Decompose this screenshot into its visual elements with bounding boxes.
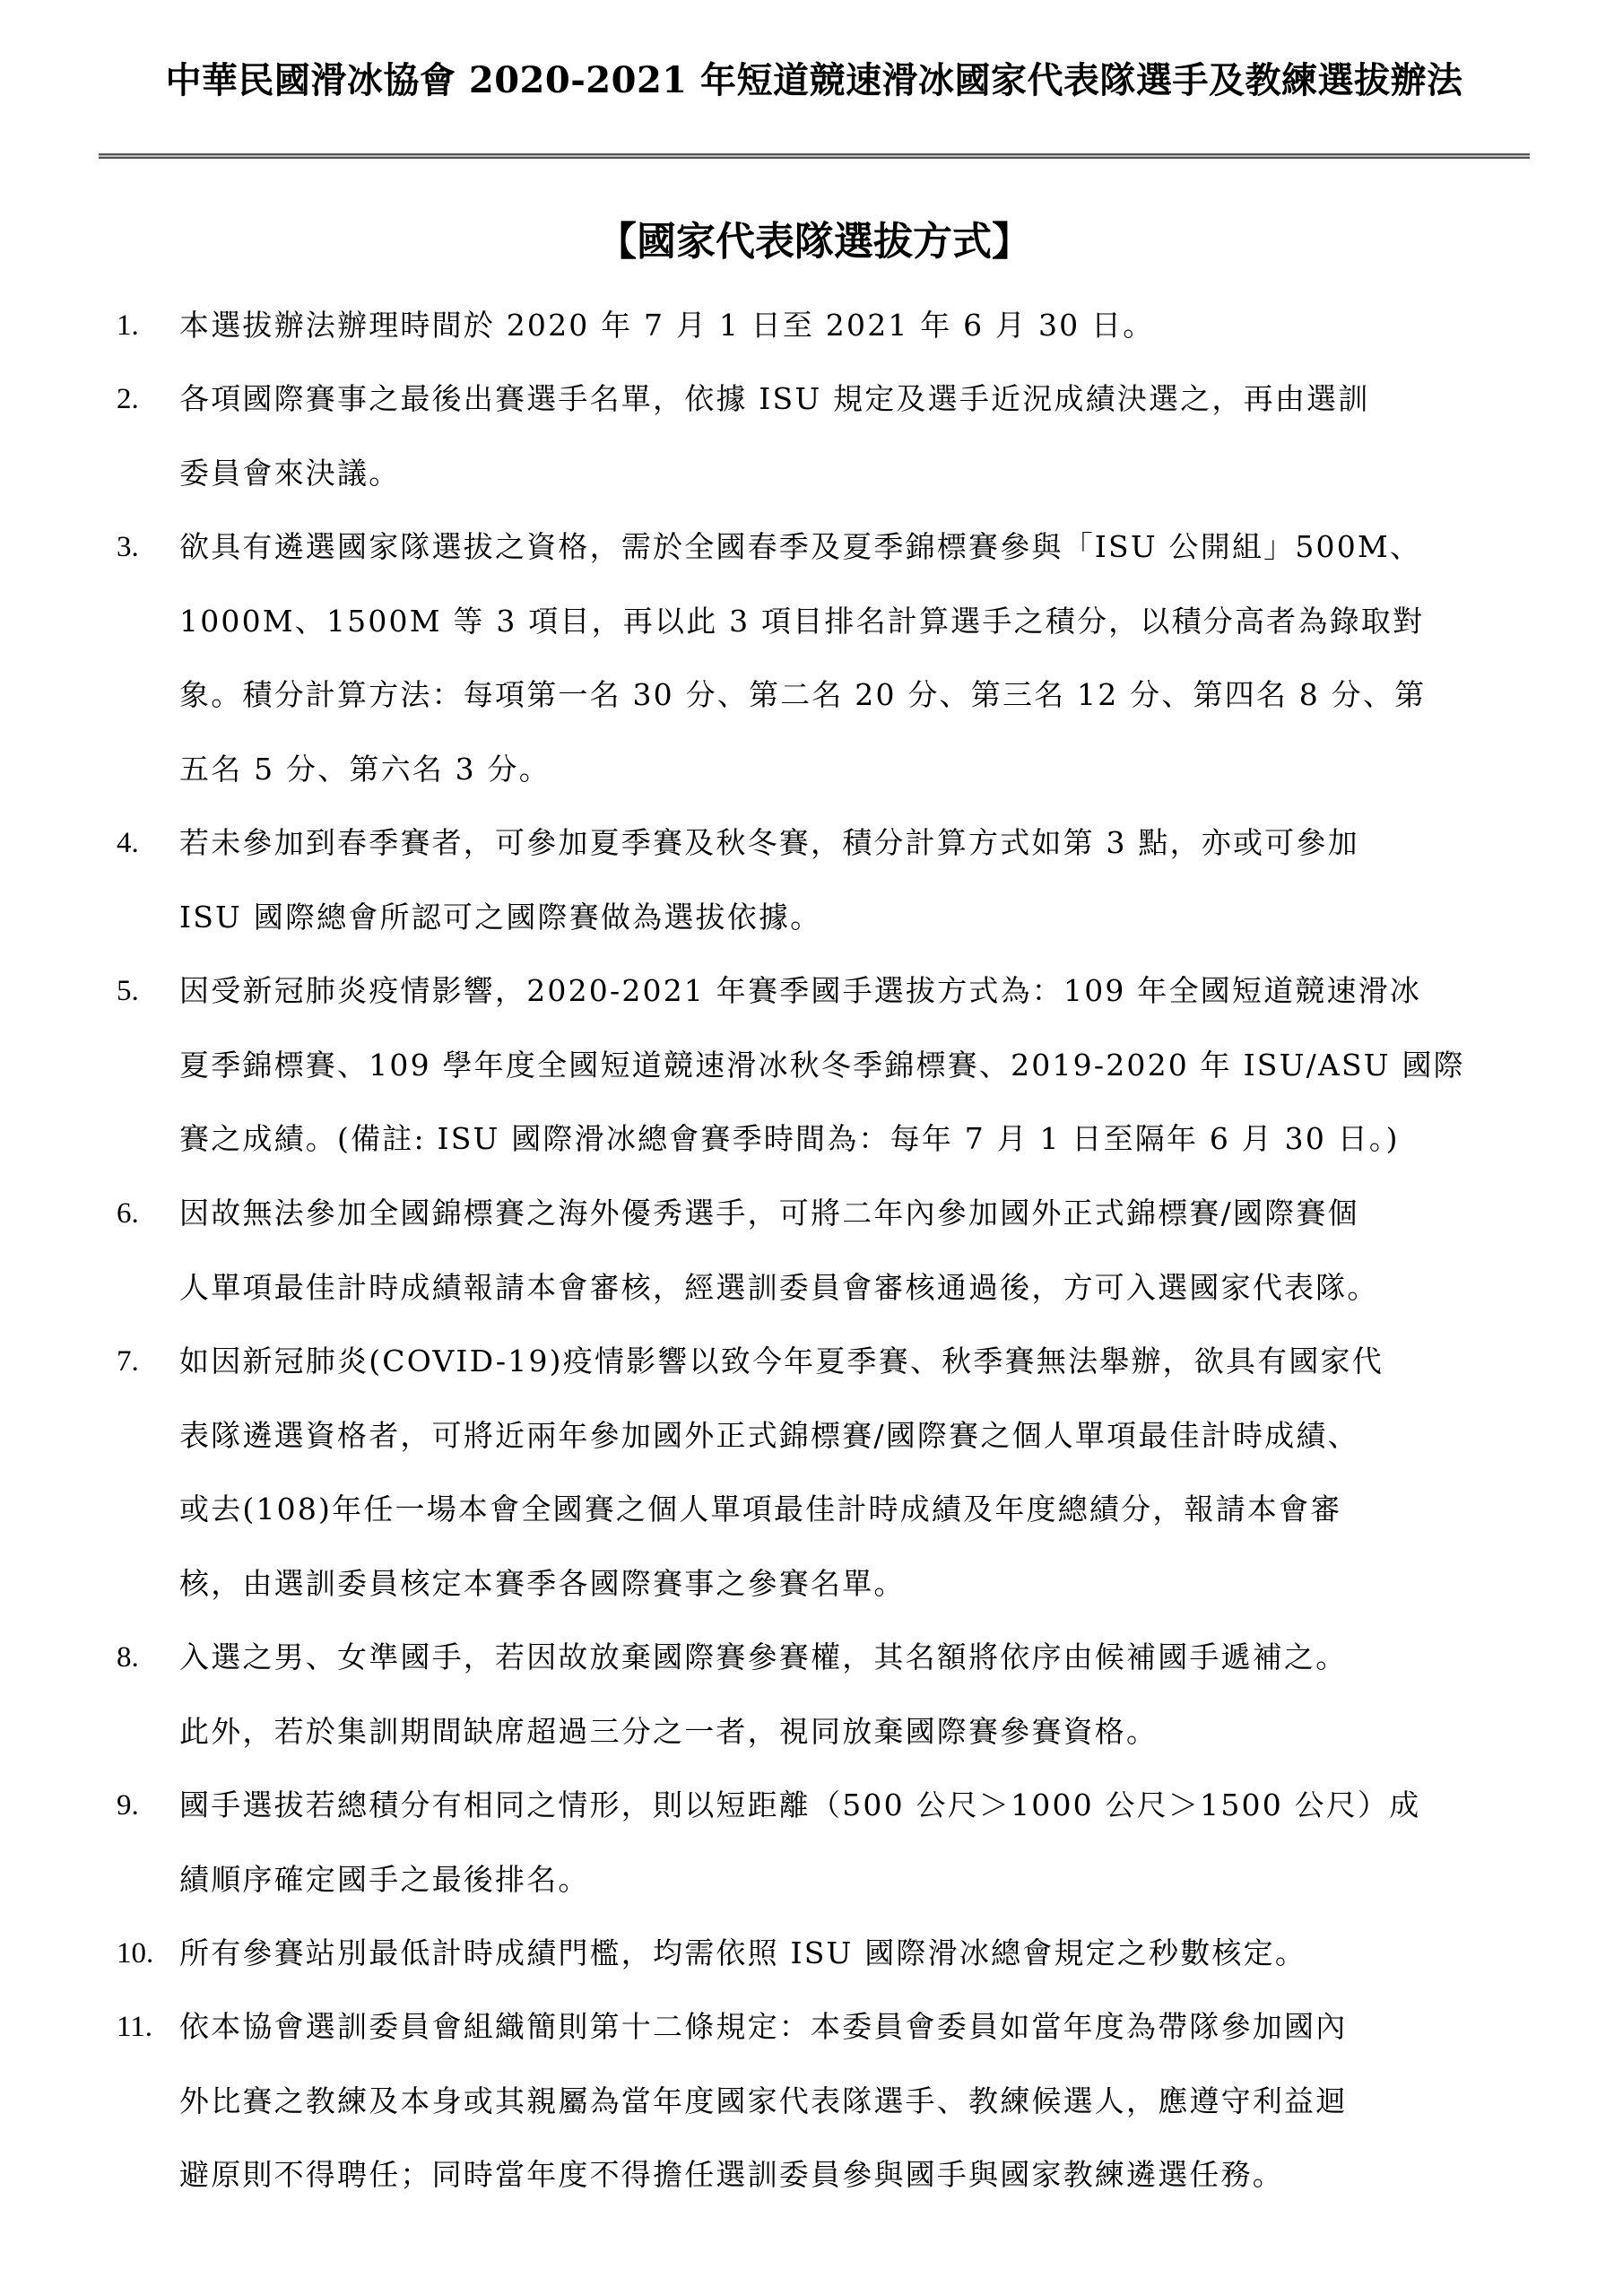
item-line: ISU 國際總會所認可之國際賽做為選拔依據。: [179, 881, 1524, 955]
item-text: 本選拔辦法辦理時間於 2020 年 7 月 1 日至 2021 年 6 月 30…: [179, 289, 1524, 363]
item-line: 國手選拔若總積分有相同之情形，則以短距離（500 公尺＞1000 公尺＞1500…: [179, 1769, 1524, 1843]
item-line: 各項國際賽事之最後出賽選手名單，依據 ISU 規定及選手近況成績決選之，再由選訓: [179, 362, 1524, 437]
item-number: 7.: [117, 1325, 179, 1398]
item-number: 8.: [117, 1621, 179, 1694]
item-line: 核，由選訓委員核定本賽季各國際賽事之參賽名單。: [179, 1547, 1524, 1622]
item-line: 欲具有遴選國家隊選拔之資格，需於全國春季及夏季錦標賽參與「ISU 公開組」500…: [179, 510, 1524, 585]
item-line: 若未參加到春季賽者，可參加夏季賽及秋冬賽，積分計算方式如第 3 點，亦或可參加: [179, 806, 1524, 881]
header-divider: [99, 153, 1530, 159]
section-heading: 【國家代表隊選拔方式】: [99, 213, 1530, 271]
item-number: 11.: [117, 1990, 179, 2064]
item-number: 5.: [117, 954, 179, 1028]
item-text: 如因新冠肺炎(COVID-19)疫情影響以致今年夏季賽、秋季賽無法舉辦，欲具有國…: [179, 1325, 1524, 1621]
item-text: 各項國際賽事之最後出賽選手名單，依據 ISU 規定及選手近況成績決選之，再由選訓…: [179, 362, 1524, 510]
item-line: 五名 5 分、第六名 3 分。: [179, 733, 1524, 807]
item-text: 入選之男、女準國手，若因故放棄國際賽參賽權，其名額將依序由候補國手遞補之。 此外…: [179, 1621, 1524, 1769]
item-line: 人單項最佳計時成績報請本會審核，經選訓委員會審核通過後，方可入選國家代表隊。: [179, 1251, 1524, 1326]
item-line: 避原則不得聘任；同時當年度不得擔任選訓委員參與國手與國家教練遴選任務。: [179, 2138, 1524, 2213]
item-line: 賽之成績。(備註: ISU 國際滑冰總會賽季時間為：每年 7 月 1 日至隔年 …: [179, 1102, 1524, 1177]
item-line: 依本協會選訓委員會組織簡則第十二條規定：本委員會委員如當年度為帶隊參加國內: [179, 1990, 1524, 2065]
item-number: 3.: [117, 510, 179, 584]
item-line: 如因新冠肺炎(COVID-19)疫情影響以致今年夏季賽、秋季賽無法舉辦，欲具有國…: [179, 1325, 1524, 1399]
item-line: 績順序確定國手之最後排名。: [179, 1843, 1524, 1918]
item-number: 1.: [117, 289, 179, 362]
document-title: 中華民國滑冰協會 2020-2021 年短道競速滑冰國家代表隊選手及教練選拔辦法: [99, 54, 1530, 108]
item-line: 象。積分計算方法：每項第一名 30 分、第二名 20 分、第三名 12 分、第四…: [179, 658, 1524, 733]
item-line: 外比賽之教練及本身或其親屬為當年度國家代表隊選手、教練候選人，應遵守利益迴: [179, 2065, 1524, 2139]
item-text: 若未參加到春季賽者，可參加夏季賽及秋冬賽，積分計算方式如第 3 點，亦或可參加 …: [179, 806, 1524, 954]
item-line: 因故無法參加全國錦標賽之海外優秀選手，可將二年內參加國外正式錦標賽/國際賽個: [179, 1177, 1524, 1251]
item-line: 所有參賽站別最低計時成績門檻，均需依照 ISU 國際滑冰總會規定之秒數核定。: [179, 1917, 1524, 1991]
item-text: 所有參賽站別最低計時成績門檻，均需依照 ISU 國際滑冰總會規定之秒數核定。: [179, 1917, 1524, 1991]
item-line: 因受新冠肺炎疫情影響，2020-2021 年賽季國手選拔方式為：109 年全國短…: [179, 954, 1524, 1029]
item-number: 4.: [117, 806, 179, 880]
item-text: 依本協會選訓委員會組織簡則第十二條規定：本委員會委員如當年度為帶隊參加國內 外比…: [179, 1990, 1524, 2213]
item-number: 9.: [117, 1769, 179, 1842]
item-number: 10.: [117, 1917, 179, 1990]
item-line: 入選之男、女準國手，若因故放棄國際賽參賽權，其名額將依序由候補國手遞補之。: [179, 1621, 1524, 1695]
item-text: 欲具有遴選國家隊選拔之資格，需於全國春季及夏季錦標賽參與「ISU 公開組」500…: [179, 510, 1524, 806]
item-number: 2.: [117, 362, 179, 436]
item-text: 因受新冠肺炎疫情影響，2020-2021 年賽季國手選拔方式為：109 年全國短…: [179, 954, 1524, 1177]
item-number: 6.: [117, 1177, 179, 1250]
item-line: 本選拔辦法辦理時間於 2020 年 7 月 1 日至 2021 年 6 月 30…: [179, 289, 1524, 363]
item-line: 1000M、1500M 等 3 項目，再以此 3 項目排名計算選手之積分，以積分…: [179, 585, 1524, 659]
item-line: 此外，若於集訓期間缺席超過三分之一者，視同放棄國際賽參賽資格。: [179, 1695, 1524, 1770]
item-line: 夏季錦標賽、109 學年度全國短道競速滑冰秋冬季錦標賽、2019-2020 年 …: [179, 1029, 1524, 1103]
item-line: 或去(108)年任一場本會全國賽之個人單項最佳計時成績及年度總績分，報請本會審: [179, 1473, 1524, 1547]
item-line: 表隊遴選資格者，可將近兩年參加國外正式錦標賽/國際賽之個人單項最佳計時成績、: [179, 1399, 1524, 1474]
item-text: 因故無法參加全國錦標賽之海外優秀選手，可將二年內參加國外正式錦標賽/國際賽個 人…: [179, 1177, 1524, 1325]
item-line: 委員會來決議。: [179, 437, 1524, 511]
item-text: 國手選拔若總積分有相同之情形，則以短距離（500 公尺＞1000 公尺＞1500…: [179, 1769, 1524, 1917]
